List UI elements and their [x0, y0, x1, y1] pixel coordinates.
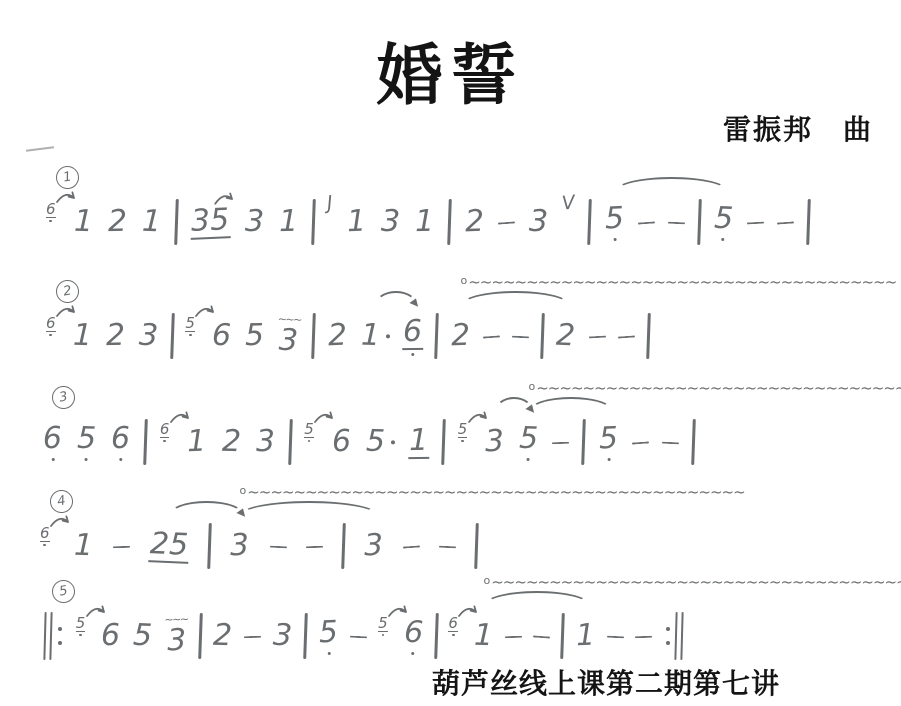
- note-row: 6: [330, 426, 352, 458]
- note-row: 3: [272, 620, 294, 652]
- octave-dot: [382, 634, 385, 637]
- grace-note: 5: [304, 422, 314, 443]
- composer-credit: 雷振邦 曲: [723, 108, 873, 148]
- octave-dot: [58, 627, 62, 631]
- note-row: 1: [345, 206, 367, 238]
- note-token: 3: [229, 530, 251, 562]
- note-value: 5: [518, 423, 540, 455]
- note-value: 1: [140, 206, 162, 238]
- vibrato-mark: o~~~~~~~~~~~~~~~~~~~~~~~~~~~~~~~~~: [529, 381, 901, 396]
- sheet-music-page: 婚誓 雷振邦 曲 161213531J13123V5526123565~~~32…: [0, 0, 901, 706]
- note-token: 3: [484, 426, 506, 458]
- octave-dot: [607, 457, 611, 461]
- octave-dot: [721, 237, 725, 241]
- repeat-start-sign: [42, 612, 65, 660]
- note-value: 3: [165, 624, 187, 656]
- note-row: 5: [244, 320, 266, 352]
- system-line-2: 26123565~~~321622o~~~~~~~~~~~~~~~~~~~~~~…: [46, 280, 649, 365]
- duration-dash: [439, 546, 456, 549]
- repeat-barline: [680, 612, 684, 660]
- grace-arrow-icon: [49, 513, 73, 531]
- duration-dash: [269, 546, 286, 549]
- note-token: 3: [243, 206, 265, 238]
- duration-dash: [244, 636, 261, 638]
- barline: [174, 199, 178, 245]
- note-row: 1: [574, 620, 596, 652]
- slur-arrow-arc: [169, 501, 244, 529]
- duration-dash: [113, 546, 130, 548]
- duration-dash: [533, 635, 550, 638]
- note-row: 25: [148, 528, 190, 563]
- note-token: 1: [473, 620, 495, 652]
- vibrato-circle: o: [529, 380, 535, 393]
- note-token: 3: [528, 206, 550, 238]
- note-value: 3: [363, 530, 385, 562]
- barline: [447, 199, 451, 245]
- note-row: 3: [254, 426, 276, 458]
- note-token: 6: [211, 320, 233, 352]
- barline: [304, 613, 308, 659]
- duration-dash: [662, 442, 679, 445]
- stray-pen-mark: [26, 146, 54, 151]
- note-token: 5: [713, 203, 736, 242]
- note-token: ~~~3: [276, 315, 301, 356]
- repeat-end-sign: [663, 612, 686, 660]
- note-value: 1: [473, 620, 495, 652]
- barline: [312, 313, 316, 359]
- duration-dash: [350, 636, 367, 639]
- note-token: 2: [555, 320, 577, 352]
- system-line-4: 4612533o~~~~~~~~~~~~~~~~~~~~~~~~~~~~~~~~…: [40, 490, 478, 575]
- grace-note: 6: [448, 616, 458, 637]
- note-value: 2: [220, 426, 242, 458]
- note-row: 6: [402, 316, 424, 350]
- note-value: 2: [449, 320, 471, 352]
- note-row: 3: [277, 324, 299, 356]
- note-row: 6: [110, 423, 132, 455]
- note-row: 5: [518, 423, 540, 455]
- notation-row: 61213531J13123V55: [46, 193, 810, 251]
- barline: [646, 313, 650, 359]
- grace-note: 6: [46, 316, 56, 337]
- octave-dot: [386, 334, 390, 338]
- note-row: 3: [484, 426, 506, 458]
- note-value: 5: [76, 423, 98, 455]
- notation-row: 656612356515355o~~~~~~~~~~~~~~~~~~~~~~~~…: [42, 413, 695, 471]
- note-value: 3: [277, 324, 299, 356]
- duration-dash: [403, 545, 420, 548]
- note-token: 1: [345, 206, 367, 238]
- note-token: 2: [106, 206, 128, 238]
- note-token: 2: [212, 620, 234, 652]
- note-value: 6: [100, 620, 122, 652]
- note-value: 1: [186, 426, 208, 458]
- note-value: 1: [574, 620, 596, 652]
- repeat-dots: [58, 622, 62, 650]
- grace-note: 5: [378, 616, 388, 637]
- note-value: 3: [380, 206, 402, 238]
- lesson-caption: 葫芦丝线上课第二期第七讲: [432, 662, 780, 702]
- note-row: 5: [132, 620, 154, 652]
- slide-up-arrow-icon: [213, 190, 238, 209]
- annotation-mark: V: [561, 193, 576, 213]
- repeat-bars: [673, 612, 686, 660]
- note-row: 2: [326, 320, 348, 352]
- note-row: 3: [165, 624, 187, 656]
- note-token: 6: [100, 620, 122, 652]
- note-row: 6: [211, 320, 233, 352]
- note-value: 35: [190, 204, 232, 239]
- barline: [582, 419, 586, 465]
- grace-note: 6: [40, 526, 50, 547]
- duration-dash: [483, 335, 500, 338]
- note-token: 5: [518, 423, 540, 462]
- phrase-number-badge: 4: [48, 488, 75, 515]
- note-row: 5: [317, 617, 339, 649]
- note-token: 1: [360, 320, 391, 352]
- note-token: 5: [597, 423, 619, 462]
- note-row: 2: [104, 320, 126, 352]
- octave-dot: [452, 634, 455, 637]
- note-row: 3: [137, 320, 159, 352]
- note-row: 5: [365, 426, 396, 458]
- arc-arrowhead-icon: [409, 298, 420, 309]
- tie-arc: [529, 397, 613, 425]
- note-value: 5: [365, 426, 387, 458]
- duration-dash: [638, 221, 655, 224]
- note-row: 1: [71, 320, 93, 352]
- note-row: 3: [243, 206, 265, 238]
- note-row: 1: [140, 206, 162, 238]
- note-value: 1: [277, 206, 299, 238]
- barline: [540, 313, 544, 359]
- annotation-mark: J: [326, 193, 334, 212]
- barline: [697, 199, 701, 245]
- system-line-5: 5565~~~323556611o~~~~~~~~~~~~~~~~~~~~~~~…: [42, 580, 685, 665]
- octave-dot: [391, 440, 395, 444]
- note-token: 1: [574, 620, 596, 652]
- repeat-barline: [43, 612, 47, 660]
- barline: [587, 199, 591, 245]
- song-title: 婚誓: [0, 22, 901, 117]
- note-value: 1: [72, 530, 94, 562]
- octave-dot: [189, 334, 192, 337]
- octave-dot: [51, 457, 55, 461]
- note-row: 5: [713, 203, 735, 235]
- note-row: 2: [449, 320, 471, 352]
- octave-dot: [327, 651, 331, 655]
- note-value: 1: [360, 320, 382, 352]
- note-token: 3: [272, 620, 294, 652]
- note-row: 2: [106, 206, 128, 238]
- repeat-barline: [674, 612, 678, 660]
- note-token: 6: [41, 423, 64, 462]
- barline: [434, 313, 438, 359]
- note-value: 25: [148, 528, 190, 563]
- note-value: 1: [345, 206, 367, 238]
- note-token: 1: [186, 426, 208, 458]
- barline: [207, 523, 211, 569]
- vibrato-mark: o~~~~~~~~~~~~~~~~~~~~~~~~~~~~~~~~~~~~~: [461, 275, 897, 290]
- repeat-dots: [666, 622, 670, 650]
- grace-note: 6: [160, 422, 170, 443]
- barline: [170, 313, 174, 359]
- note-value: 5: [317, 617, 339, 649]
- note-value: 3: [272, 620, 294, 652]
- note-value: 3: [254, 426, 276, 458]
- vibrato-circle: o: [240, 484, 246, 497]
- note-value: 2: [555, 320, 577, 352]
- note-value: 3: [243, 206, 265, 238]
- grace-note: 5: [76, 616, 86, 637]
- duration-dash: [305, 546, 322, 548]
- duration-dash: [668, 222, 685, 225]
- duration-dash: [589, 336, 606, 339]
- note-value: 1: [71, 320, 93, 352]
- octave-dot: [43, 544, 46, 547]
- note-token: 25: [148, 528, 190, 563]
- note-row: 6: [402, 617, 424, 649]
- note-token: 5: [132, 620, 154, 652]
- note-row: 2: [220, 426, 242, 458]
- grace-note: 6: [46, 202, 56, 223]
- note-value: 1: [72, 206, 94, 238]
- octave-dot: [84, 457, 88, 461]
- grace-note: 5: [185, 316, 195, 337]
- note-row: 5: [76, 423, 98, 455]
- note-value: 3: [528, 206, 550, 238]
- tie-arc: [484, 591, 590, 619]
- note-row: 1: [360, 320, 391, 352]
- notation-row: 612533o~~~~~~~~~~~~~~~~~~~~~~~~~~~~~~~~~…: [40, 517, 478, 575]
- note-value: 1: [408, 425, 430, 459]
- note-token: 5: [76, 423, 98, 462]
- octave-dot: [119, 457, 123, 461]
- barline: [474, 523, 478, 569]
- phrase-number-badge: 5: [50, 578, 77, 605]
- note-token: 1: [408, 425, 430, 459]
- barline: [341, 523, 345, 569]
- duration-dash: [777, 221, 794, 224]
- vibrato-circle: o: [484, 574, 490, 587]
- barline: [560, 613, 564, 659]
- note-value: 2: [463, 206, 485, 238]
- note-value: 5: [713, 203, 735, 235]
- barline: [198, 613, 202, 659]
- note-value: 6: [402, 316, 424, 350]
- note-row: 1: [186, 426, 208, 458]
- note-row: 1: [72, 206, 94, 238]
- vibrato-circle: o: [461, 274, 467, 287]
- note-row: 1: [277, 206, 299, 238]
- note-value: 2: [212, 620, 234, 652]
- note-token: 6: [110, 423, 132, 461]
- note-value: 2: [106, 206, 128, 238]
- slur-arrow-arc: [375, 291, 417, 319]
- note-row: 5: [603, 203, 625, 235]
- note-value: 6: [110, 423, 132, 455]
- phrase-number-badge: 1: [54, 164, 81, 191]
- barline: [288, 419, 292, 465]
- note-token: 1: [72, 530, 94, 562]
- system-line-3: 3656612356515355o~~~~~~~~~~~~~~~~~~~~~~~…: [42, 386, 695, 471]
- note-value: 2: [326, 320, 348, 352]
- duration-dash: [552, 442, 569, 444]
- note-token: 6: [402, 316, 424, 356]
- note-row: 3: [229, 530, 251, 562]
- octave-dot: [163, 440, 166, 443]
- octave-dot: [666, 627, 670, 631]
- repeat-bars: [42, 612, 55, 660]
- barline: [311, 199, 315, 245]
- octave-dot: [411, 651, 415, 655]
- octave-dot: [666, 641, 670, 645]
- note-value: 3: [229, 530, 251, 562]
- note-value: 5: [597, 423, 619, 455]
- note-value: 3: [484, 426, 506, 458]
- note-value: 5: [132, 620, 154, 652]
- note-value: 5: [244, 320, 266, 352]
- octave-dot: [613, 237, 617, 241]
- notation-row: 6123565~~~321622o~~~~~~~~~~~~~~~~~~~~~~~…: [46, 307, 649, 365]
- note-token: 1: [414, 206, 436, 238]
- note-token: 3: [380, 206, 402, 238]
- duration-dash: [747, 222, 764, 225]
- duration-dash: [618, 335, 635, 338]
- note-token: 5: [603, 203, 625, 242]
- note-row: 1: [414, 206, 436, 238]
- note-token: 1: [72, 206, 94, 238]
- note-row: 5: [597, 423, 619, 455]
- vibrato-mark: o~~~~~~~~~~~~~~~~~~~~~~~~~~~~~~~~~~~~~~~…: [240, 485, 745, 500]
- note-token: 1: [277, 206, 299, 238]
- note-token: 5: [244, 320, 266, 352]
- vibrato-mark: o~~~~~~~~~~~~~~~~~~~~~~~~~~~~~~~~~~~~: [484, 575, 901, 590]
- note-value: 6: [41, 423, 63, 455]
- note-row: 3: [363, 530, 385, 562]
- barline: [143, 419, 147, 465]
- note-row: 1: [473, 620, 495, 652]
- note-token: 5: [365, 426, 396, 458]
- note-token: ~~~3: [164, 615, 189, 656]
- note-value: 6: [402, 617, 424, 649]
- tie-arc: [615, 177, 728, 205]
- octave-dot: [411, 352, 415, 356]
- note-row: 1: [408, 425, 430, 459]
- octave-dot: [58, 641, 62, 645]
- duration-dash: [498, 221, 515, 224]
- octave-dot: [79, 634, 82, 637]
- note-token: 5: [317, 617, 340, 656]
- note-value: 6: [211, 320, 233, 352]
- barline: [807, 199, 811, 245]
- octave-dot: [49, 334, 52, 337]
- barline: [434, 613, 438, 659]
- note-row: 2: [212, 620, 234, 652]
- note-token: 3: [137, 320, 159, 352]
- note-token: 6: [330, 426, 352, 458]
- duration-dash: [512, 336, 529, 339]
- note-row: 3: [380, 206, 402, 238]
- octave-dot: [308, 440, 311, 443]
- note-row: 6: [41, 423, 63, 455]
- octave-dot: [49, 220, 52, 223]
- duration-dash: [632, 441, 649, 444]
- note-row: 35: [190, 204, 232, 239]
- note-token: 2: [220, 426, 242, 458]
- slur-arrow-arc: [495, 397, 533, 425]
- grace-note: 5: [458, 422, 468, 443]
- note-token: 1: [140, 206, 162, 238]
- note-token: 3: [363, 530, 385, 562]
- note-value: 1: [414, 206, 436, 238]
- barline: [441, 419, 445, 465]
- tie-arc: [461, 291, 570, 319]
- note-token: 2: [104, 320, 126, 352]
- tie-arc: [240, 501, 378, 529]
- duration-dash: [635, 636, 652, 638]
- note-token: 2: [326, 320, 348, 352]
- note-row: 2: [555, 320, 577, 352]
- barline: [691, 419, 695, 465]
- phrase-number-badge: 2: [54, 278, 81, 305]
- phrase-number-badge: 3: [50, 384, 77, 411]
- note-token: 3: [254, 426, 276, 458]
- note-value: 3: [137, 320, 159, 352]
- note-value: 5: [603, 203, 625, 235]
- note-token: 35: [190, 204, 232, 239]
- note-row: 6: [100, 620, 122, 652]
- note-row: 3: [528, 206, 550, 238]
- octave-dot: [527, 457, 531, 461]
- octave-dot: [461, 440, 464, 443]
- note-row: 1: [72, 530, 94, 562]
- duration-dash: [505, 636, 522, 638]
- note-token: 2: [463, 206, 485, 238]
- repeat-barline: [50, 612, 54, 660]
- note-value: 6: [330, 426, 352, 458]
- note-token: 2: [449, 320, 471, 352]
- note-row: 2: [463, 206, 485, 238]
- duration-dash: [607, 636, 624, 639]
- notation-row: 565~~~323556611o~~~~~~~~~~~~~~~~~~~~~~~~…: [42, 607, 685, 665]
- note-token: 6: [402, 617, 425, 656]
- system-line-1: 161213531J13123V55: [46, 166, 810, 251]
- note-token: 1: [71, 320, 93, 352]
- note-value: 2: [104, 320, 126, 352]
